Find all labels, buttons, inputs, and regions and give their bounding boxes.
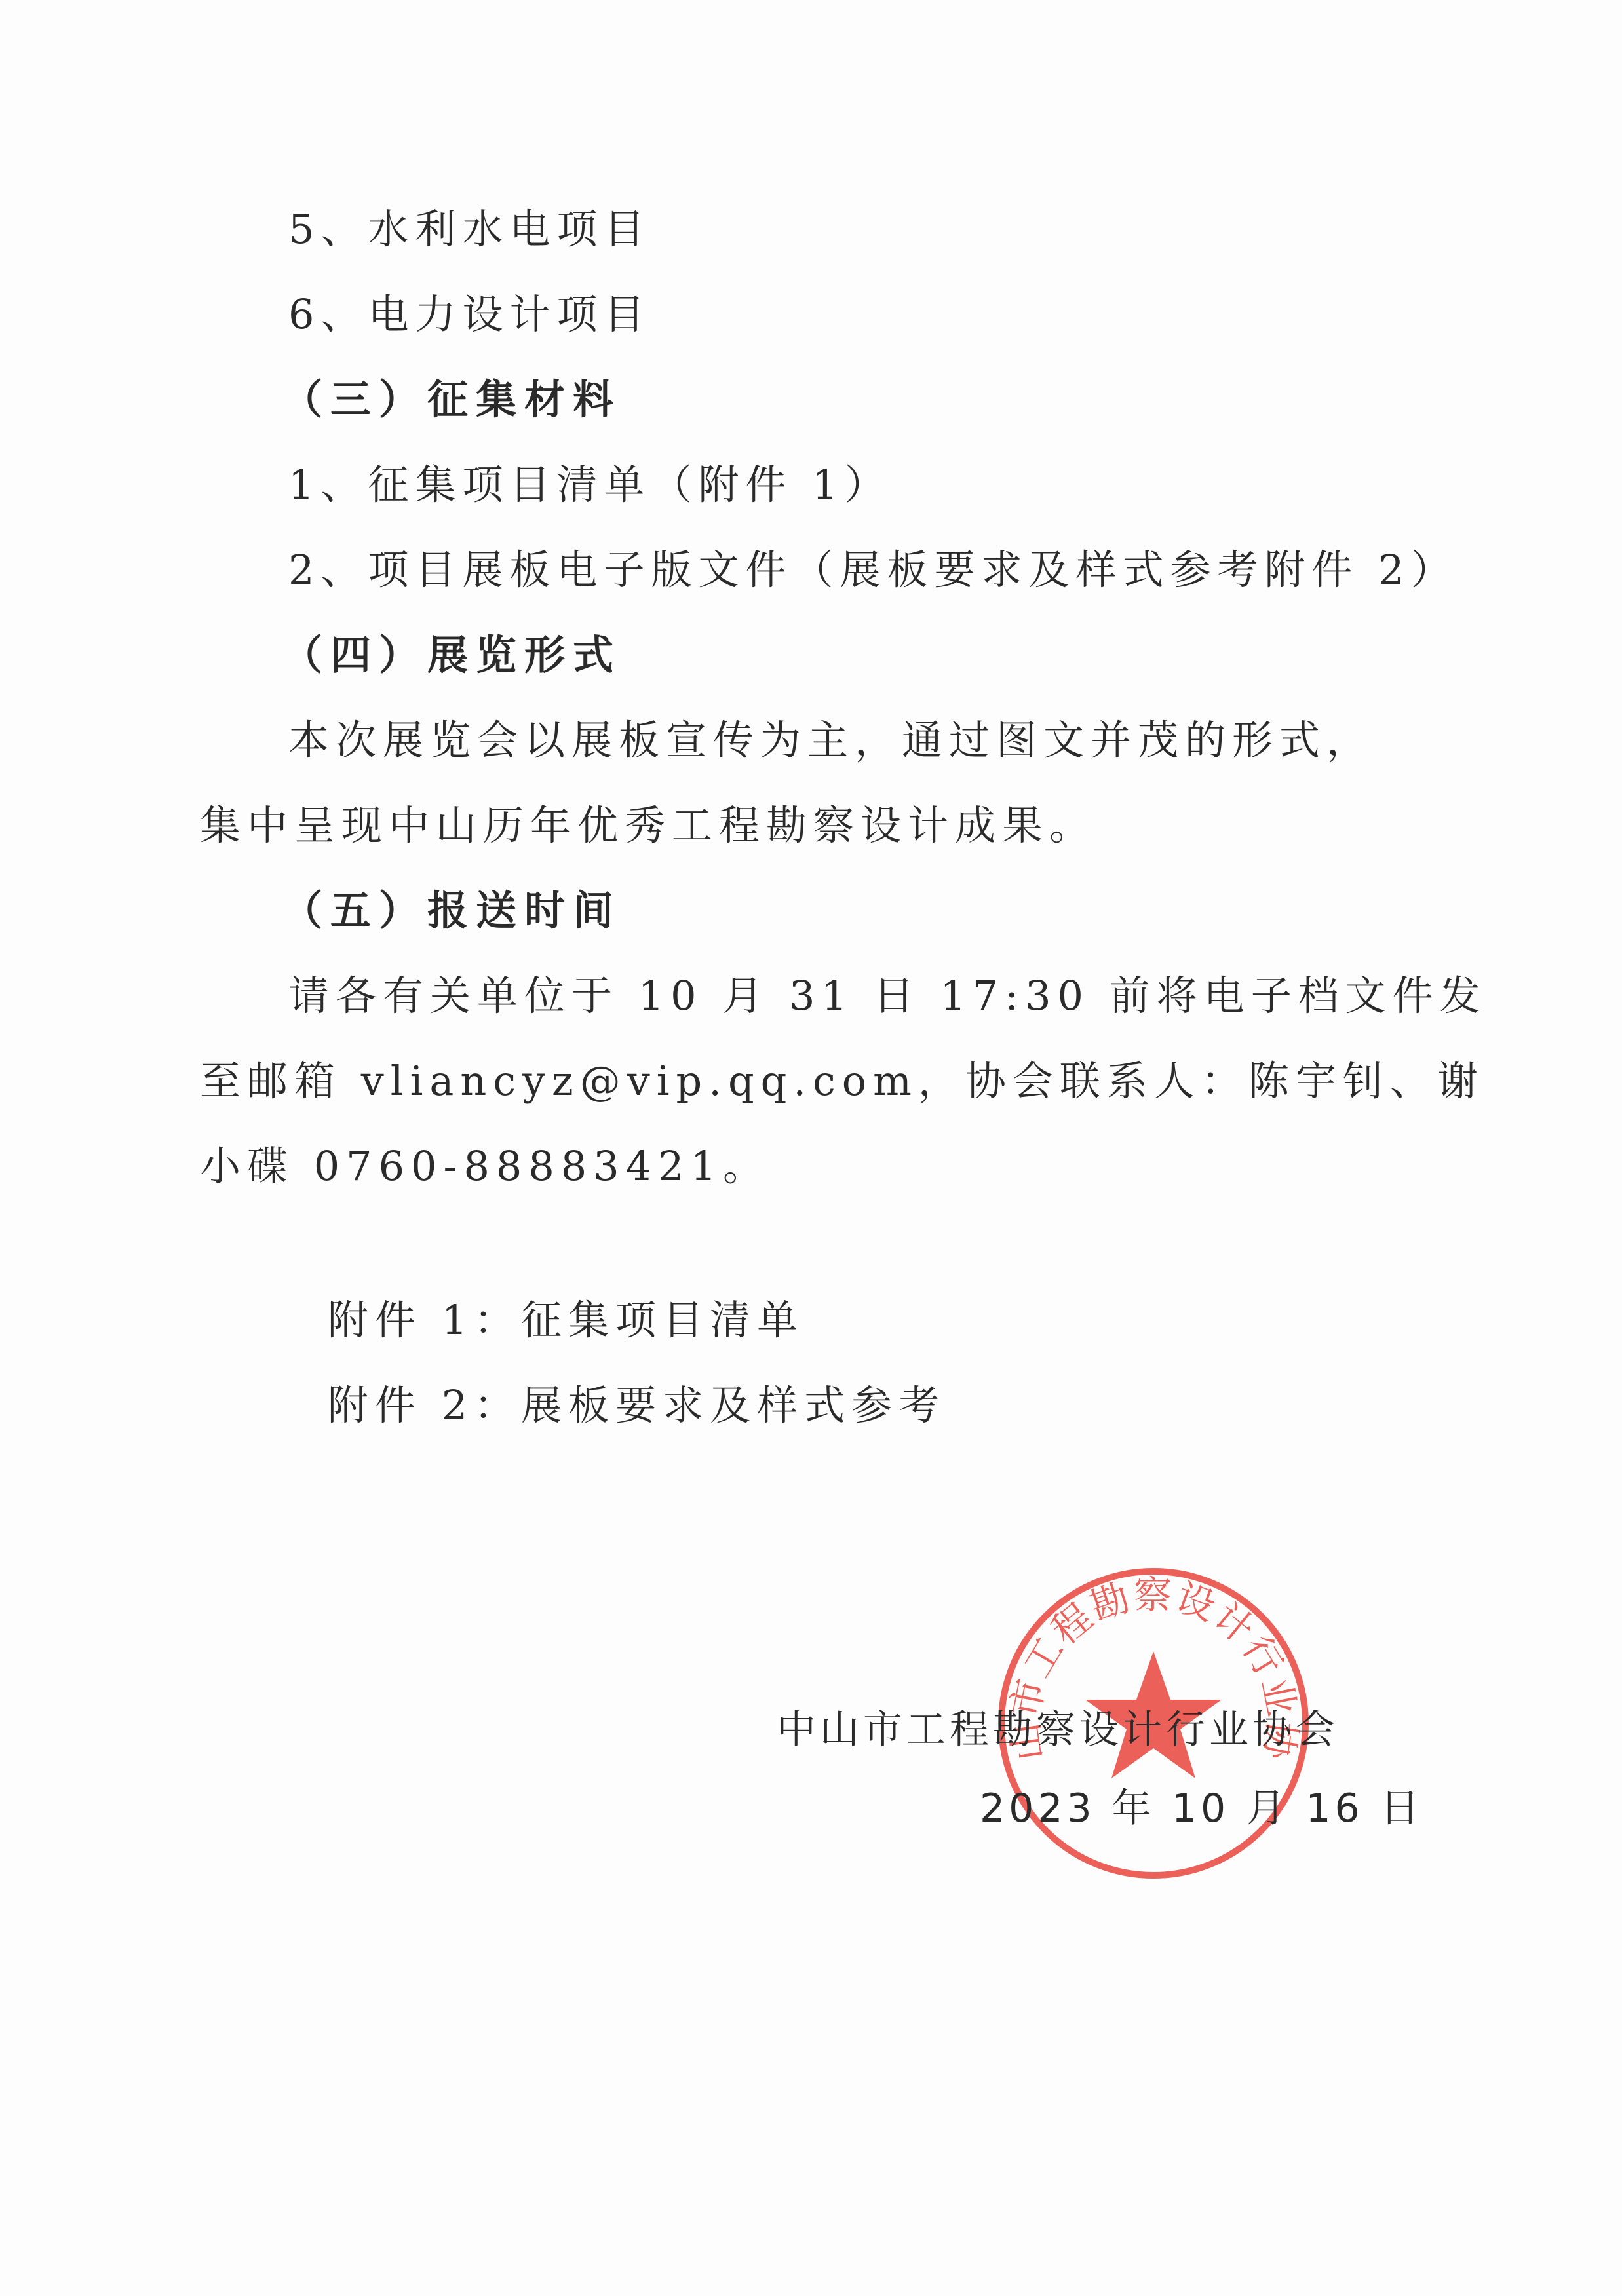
section-heading-deadline: （五）报送时间 <box>282 885 621 937</box>
signature-date: 2023 年 10 月 16 日 <box>980 1782 1423 1835</box>
section-heading-format: （四）展览形式 <box>282 629 621 681</box>
paragraph-format-line-2: 集中呈现中山历年优秀工程勘察设计成果。 <box>200 799 1096 852</box>
signature-organization: 中山市工程勘察设计行业协会 <box>777 1704 1339 1756</box>
list-item-power: 6、电力设计项目 <box>288 288 651 341</box>
paragraph-format-line-1: 本次展览会以展板宣传为主，通过图文并茂的形式， <box>288 714 1374 767</box>
material-item-1: 1、征集项目清单（附件 1） <box>288 459 892 511</box>
material-item-2: 2、项目展板电子版文件（展板要求及样式参考附件 2） <box>288 544 1458 596</box>
list-item-hydro: 5、水利水电项目 <box>288 203 651 256</box>
paragraph-deadline-line-1: 请各有关单位于 10 月 31 日 17:30 前将电子档文件发 <box>288 970 1487 1022</box>
paragraph-deadline-line-3: 小碟 0760-88883421。 <box>200 1140 770 1193</box>
paragraph-deadline-line-2: 至邮箱 vliancyz@vip.qq.com，协会联系人：陈宇钊、谢 <box>200 1055 1484 1107</box>
attachment-1: 附件 1：征集项目清单 <box>328 1294 804 1347</box>
attachment-2: 附件 2：展板要求及样式参考 <box>328 1379 946 1432</box>
document-page: 5、水利水电项目 6、电力设计项目 （三）征集材料 1、征集项目清单（附件 1）… <box>0 0 1622 2296</box>
section-heading-materials: （三）征集材料 <box>282 373 621 426</box>
